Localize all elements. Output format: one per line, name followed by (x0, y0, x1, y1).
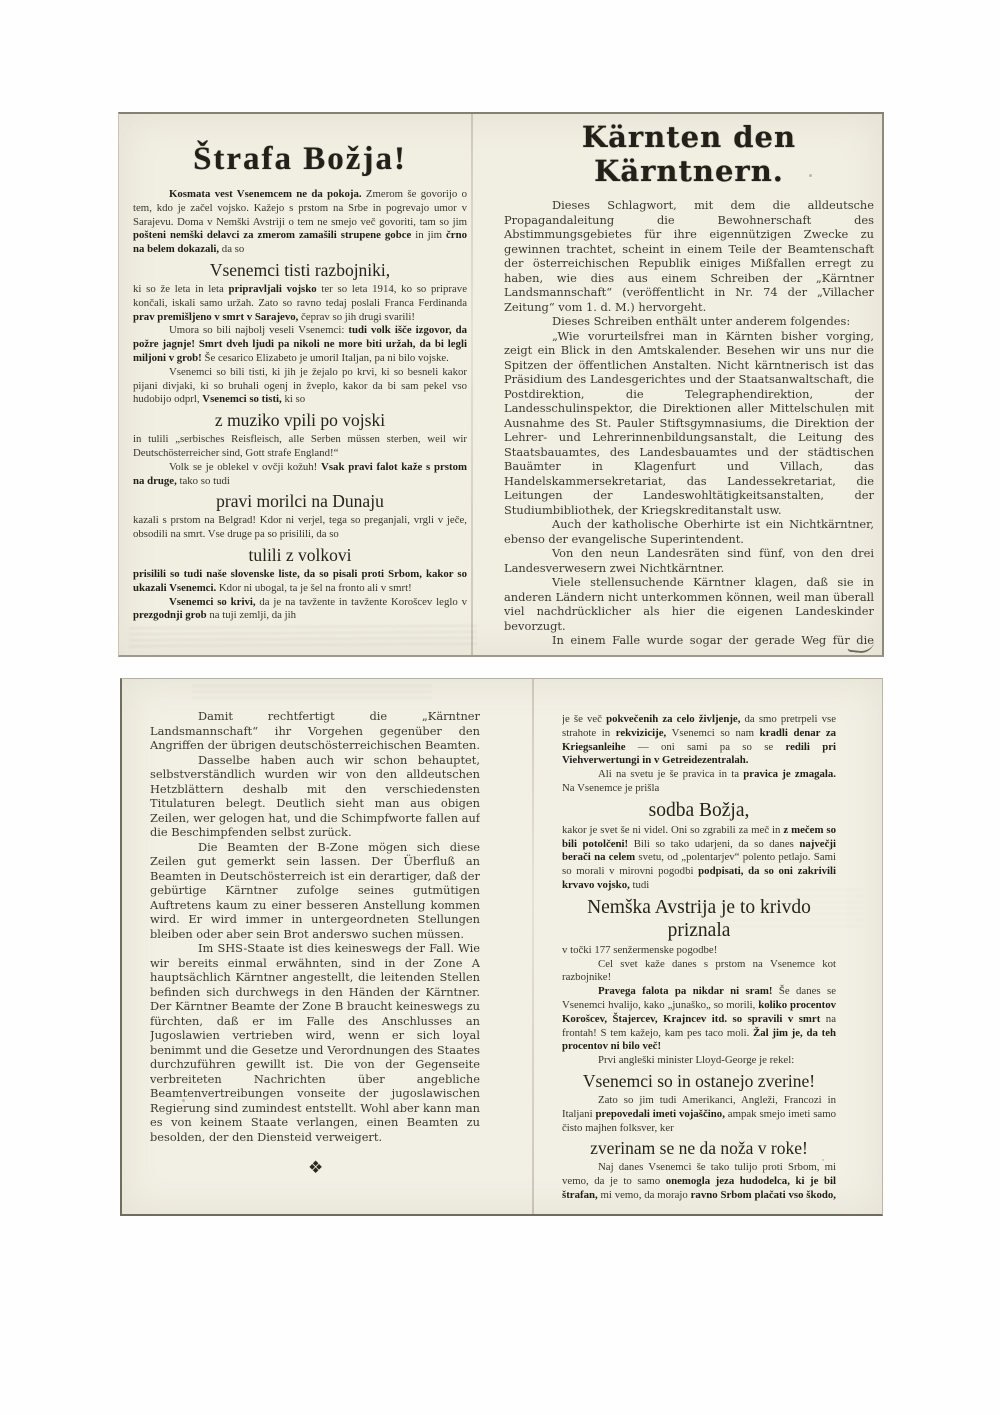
emphasized-text: prepovedali imeti vojaščino, (595, 1108, 724, 1120)
paper-speck (822, 1159, 824, 1161)
body-text: Še cesarico Elizabeto je umoril Italjan,… (202, 352, 449, 364)
german-text-body: Dieses Schlagwort, mit dem die alldeutsc… (504, 198, 874, 648)
subheading: tulili z volkovi (133, 545, 467, 566)
paragraph: Dasselbe haben auch wir schon behauptet,… (150, 753, 480, 840)
paragraph: in tulili „serbisches Reisfleisch, alle … (133, 433, 467, 461)
body-text: „Wie vorurteilsfrei man in Kärnten bishe… (504, 329, 874, 517)
paragraph: Umora so bili najbolj veseli Vsenemci: t… (133, 324, 467, 365)
body-text: Die Beamten der B-Zone mögen sich diese … (150, 840, 480, 941)
emphasized-text: Pravega falota pa nikdar ni sram! (598, 985, 772, 997)
emphasized-text: ravno Srbom plačati vso škodo, (691, 1189, 836, 1201)
paragraph: In einem Falle wurde sogar der gerade We… (504, 633, 874, 648)
subheading: z muziko vpili po vojski (133, 410, 467, 431)
scanned-page-bottom: Damit rechtfertigt die „Kärntner Landsma… (120, 678, 883, 1216)
fold-crease (532, 679, 534, 1214)
paragraph: Pravega falota pa nikdar ni sram! Še dan… (562, 985, 836, 1054)
body-text: in jim (411, 229, 446, 241)
paragraph: Vsenemci so krivi, da je na tavžente in … (133, 596, 467, 624)
paragraph: Viele stellensuchende Kärntner klagen, d… (504, 575, 874, 633)
body-text: Dieses Schreiben enthält unter anderem f… (552, 314, 850, 328)
paragraph: Ali na svetu je še pravica in ta pravica… (562, 768, 836, 796)
paragraph: Dieses Schreiben enthält unter anderem f… (504, 314, 874, 329)
body-text: Viele stellensuchende Kärntner klagen, d… (504, 575, 874, 633)
emphasized-text: rekvizicije, (616, 727, 666, 739)
body-text: mi vemo, da morajo (598, 1189, 691, 1201)
paragraph: kakor je svet še ni videl. Oni so zgrabi… (562, 824, 836, 893)
document-scan: Štrafa Božja! Kosmata vest Vsenemcem ne … (0, 0, 1000, 1415)
body-text: tako so tudi (177, 475, 230, 487)
body-text: Umora so bili najbolj veseli Vsenemci: (169, 324, 348, 336)
body-text: kazali s prstom na Belgrad! Kdor ni verj… (133, 514, 467, 540)
body-text: ki so že leta in leta (133, 283, 229, 295)
body-text: Auch der katholische Oberhirte ist ein N… (504, 517, 874, 546)
body-text: da je na tavžente in tavžente Korošcev l… (256, 596, 467, 608)
paragraph: Kosmata vest Vsenemcem ne da pokoja. Zme… (133, 188, 467, 257)
column-slovenian-strafa-bozja: Štrafa Božja! Kosmata vest Vsenemcem ne … (133, 140, 467, 645)
emphasized-text: pravica je zmagala. (743, 768, 836, 780)
paragraph: Cel svet kaže danes s prstom na Vsenemce… (562, 958, 836, 986)
emphasized-text: pošteni nemški delavci za zmerom zamašil… (133, 229, 411, 241)
body-text: Prvi angleški minister Lloyd-George je r… (598, 1054, 794, 1066)
paragraph: Auch der katholische Oberhirte ist ein N… (504, 517, 874, 546)
body-text: Damit rechtfertigt die „Kärntner Landsma… (150, 709, 480, 752)
paragraph: Von den neun Landesräten sind fünf, von … (504, 546, 874, 575)
paragraph: Zato so jim tudi Amerikanci, Angleži, Fr… (562, 1094, 836, 1135)
body-text: Vsenemci so nam (666, 727, 759, 739)
column-german-kaernten: Kärnten den Kärntnern. Dieses Schlagwort… (504, 120, 874, 648)
emphasized-text: pripravljali vojsko (229, 283, 317, 295)
emphasized-text: prav premišljeno v smrt v Sarajevo, (133, 311, 298, 323)
emphasized-text: pokvečenih za celo življenje, (606, 713, 740, 725)
bleedthrough-ghost (192, 685, 432, 700)
fold-crease (471, 114, 473, 655)
paragraph: ki so že leta in leta pripravljali vojsk… (133, 283, 467, 324)
body-text: na tuji zemlji, da jih (207, 609, 296, 621)
body-text: Ali na svetu je še pravica in ta (598, 768, 743, 780)
body-text: Volk se je oblekel v ovčji kožuh! (169, 461, 321, 473)
page-curl-mark (847, 638, 874, 655)
body-text: Cel svet kaže danes s prstom na Vsenemce… (562, 958, 836, 984)
body-text: Von den neun Landesräten sind fünf, von … (504, 546, 874, 575)
paragraph: „Wie vorurteilsfrei man in Kärnten bishe… (504, 329, 874, 518)
body-text: čeprav so jih drugi svarili! (298, 311, 415, 323)
body-text: kakor je svet še ni videl. Oni so zgrabi… (562, 824, 783, 836)
page-title-slovenian: Štrafa Božja! (133, 140, 467, 178)
body-text: Im SHS-Staate ist dies keineswegs der Fa… (150, 941, 480, 1144)
body-text: tudi (630, 879, 650, 891)
paragraph: Vsenemci so bili tisti, ki jih je žejalo… (133, 366, 467, 407)
paragraph: Prvi angleški minister Lloyd-George je r… (562, 1054, 836, 1068)
scanned-page-top: Štrafa Božja! Kosmata vest Vsenemcem ne … (118, 112, 884, 657)
body-text: je še več (562, 713, 606, 725)
subheading: pravi morilci na Dunaju (133, 491, 467, 512)
paragraph: Im SHS-Staate ist dies keineswegs der Fa… (150, 941, 480, 1144)
paragraph: Damit rechtfertigt die „Kärntner Landsma… (150, 709, 480, 753)
emphasized-text: Vsenemci so krivi, (169, 596, 256, 608)
body-text: Kdor ni ubogal, ta je šel na fronto ali … (216, 582, 412, 594)
fleuron-ornament-icon: ❖ (308, 1160, 480, 1177)
emphasized-text: prezgodnji grob (133, 609, 207, 621)
paper-speck (839, 414, 841, 416)
emphasized-text: Kosmata vest Vsenemcem ne da pokoja. (169, 188, 362, 200)
paragraph: Volk se je oblekel v ovčji kožuh! Vsak p… (133, 461, 467, 489)
subheading: zverinam se ne da noža v roke! (562, 1138, 836, 1159)
paper-speck (182, 1099, 185, 1102)
paragraph: v točki 177 senžermenske pogodbe! (562, 944, 836, 958)
body-text: Na Vsenemce je prišla (562, 782, 659, 794)
paragraph: Die Beamten der B-Zone mögen sich diese … (150, 840, 480, 942)
column-slovenian-sodba: je še več pokvečenih za celo življenje, … (562, 713, 836, 1201)
body-text: Dasselbe haben auch wir schon behauptet,… (150, 753, 480, 840)
body-text: Dieses Schlagwort, mit dem die alldeutsc… (504, 198, 874, 314)
body-text: v točki 177 senžermenske pogodbe! (562, 944, 717, 956)
emphasized-text: Vsenemci so tisti, (202, 393, 281, 405)
body-text: da so (219, 243, 244, 255)
paragraph: Naj danes Vsenemci še tako tulijo proti … (562, 1161, 836, 1201)
paper-speck (809, 174, 812, 177)
page-title-german: Kärnten den Kärntnern. (504, 120, 874, 188)
subheading: Vsenemci tisti razbojniki, (133, 260, 467, 281)
german-reply-body: Damit rechtfertigt die „Kärntner Landsma… (150, 709, 480, 1144)
paragraph: je še več pokvečenih za celo življenje, … (562, 713, 836, 768)
slovenian-text-body: Kosmata vest Vsenemcem ne da pokoja. Zme… (133, 188, 467, 623)
column-german-reply: Damit rechtfertigt die „Kärntner Landsma… (150, 709, 480, 1199)
subheading: Vsenemci so in ostanejo zverine! (562, 1071, 836, 1092)
body-text: ki so (282, 393, 305, 405)
paragraph: kazali s prstom na Belgrad! Kdor ni verj… (133, 514, 467, 542)
subheading: Nemška Avstrija je to krivdo priznala (562, 896, 836, 942)
body-text: Bili so tako udarjeni, da so danes (628, 838, 799, 850)
paragraph: Dieses Schlagwort, mit dem die alldeutsc… (504, 198, 874, 314)
subheading: sodba Božja, (562, 799, 836, 822)
body-text: in tulili „serbisches Reisfleisch, alle … (133, 433, 467, 459)
paragraph: prisilili so tudi naše slovenske liste, … (133, 568, 467, 596)
body-text: In einem Falle wurde sogar der gerade We… (504, 633, 874, 648)
body-text: — oni sami pa so se (626, 741, 786, 753)
slovenian-sodba-body: je še več pokvečenih za celo življenje, … (562, 713, 836, 1201)
